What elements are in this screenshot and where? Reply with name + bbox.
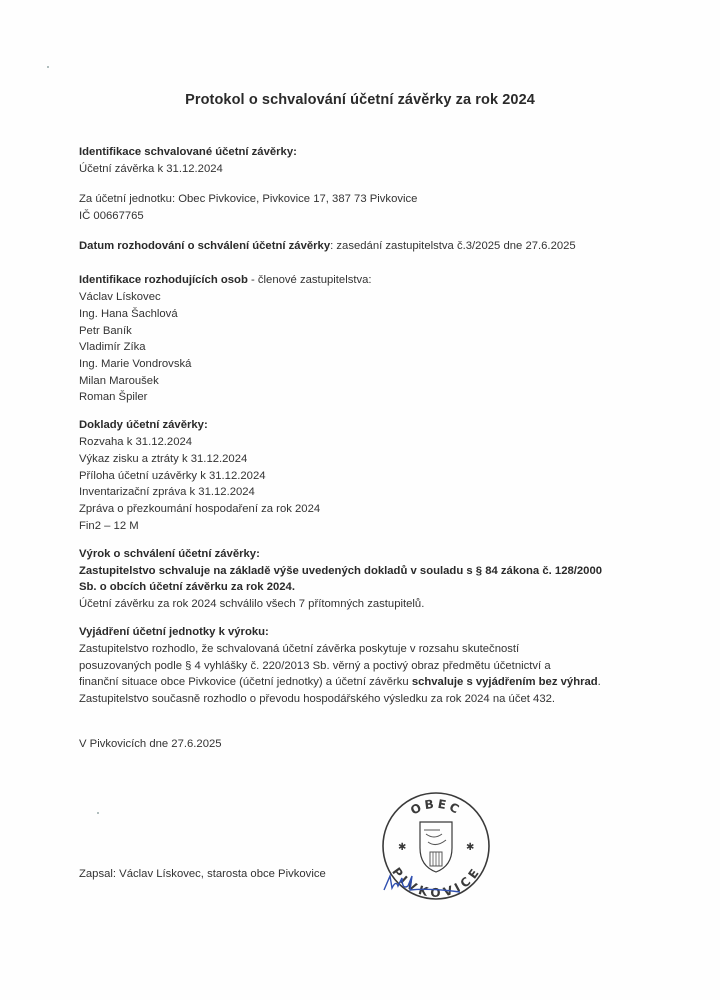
persons-heading-bold: Identifikace rozhodujících osob [79,274,248,286]
member-item: Milan Maroušek [79,375,159,387]
document-item: Rozvaha k 31.12.2024 [79,436,192,448]
verdict-heading: Výrok o schválení účetní závěrky: [79,548,260,560]
document-title: Protokol o schvalování účetní závěrky za… [0,92,720,108]
statement-line4: Zastupitelstvo současně rozhodlo o převo… [79,693,555,705]
statement-line3-text: finanční situace obce Pivkovice (účetní … [79,676,412,688]
decision-date-value: : zasedání zastupitelstva č.3/2025 dne 2… [330,240,576,252]
documents-heading: Doklady účetní závěrky: [79,419,208,431]
unit-line: Za účetní jednotku: Obec Pivkovice, Pivk… [79,193,417,205]
document-item: Zpráva o přezkoumání hospodaření za rok … [79,503,320,515]
verdict-text-line2: Sb. o obcích účetní závěrku za rok 2024. [79,581,295,593]
place-date: V Pivkovicích dne 27.6.2025 [79,738,222,750]
document-item: Příloha účetní uzávěrky k 31.12.2024 [79,470,266,482]
member-item: Petr Baník [79,325,132,337]
identification-heading: Identifikace schvalované účetní závěrky: [79,146,297,158]
svg-text:PIVKOVICE: PIVKOVICE [389,865,483,900]
statement-line3-end: . [598,676,601,688]
document-page: Protokol o schvalování účetní závěrky za… [0,0,720,1000]
scan-speck [47,66,49,68]
statement-heading: Vyjádření účetní jednotky k výroku: [79,626,269,638]
decision-date: Datum rozhodování o schválení účetní záv… [79,240,576,252]
document-item: Fin2 – 12 M [79,520,139,532]
scan-speck [97,812,99,814]
persons-heading: Identifikace rozhodujících osob - členov… [79,274,372,286]
statement-approval-phrase: schvaluje s vyjádřením bez výhrad [412,676,598,688]
statement-line1: Zastupitelstvo rozhodlo, že schvalovaná … [79,643,519,655]
member-item: Ing. Hana Šachlová [79,308,178,320]
member-item: Vladimír Zíka [79,341,146,353]
statement-line2: posuzovaných podle § 4 vyhlášky č. 220/2… [79,660,551,672]
document-item: Výkaz zisku a ztráty k 31.12.2024 [79,453,247,465]
verdict-vote: Účetní závěrku za rok 2024 schválilo vše… [79,598,424,610]
official-stamp-icon: OBEC PIVKOVICE ✱ ✱ [380,790,492,902]
identification-value: Účetní závěrka k 31.12.2024 [79,163,223,175]
document-item: Inventarizační zpráva k 31.12.2024 [79,486,255,498]
svg-text:OBEC: OBEC [408,797,464,818]
persons-heading-rest: - členové zastupitelstva: [248,274,372,286]
recorded-by: Zapsal: Václav Lískovec, starosta obce P… [79,868,326,880]
verdict-text-line1: Zastupitelstvo schvaluje na základě výše… [79,565,602,577]
statement-line3: finanční situace obce Pivkovice (účetní … [79,676,601,688]
svg-text:✱: ✱ [398,842,406,853]
svg-text:✱: ✱ [466,842,474,853]
decision-date-label: Datum rozhodování o schválení účetní záv… [79,240,330,252]
member-item: Václav Lískovec [79,291,161,303]
member-item: Ing. Marie Vondrovská [79,358,191,370]
unit-ic: IČ 00667765 [79,210,144,222]
member-item: Roman Špiler [79,391,147,403]
